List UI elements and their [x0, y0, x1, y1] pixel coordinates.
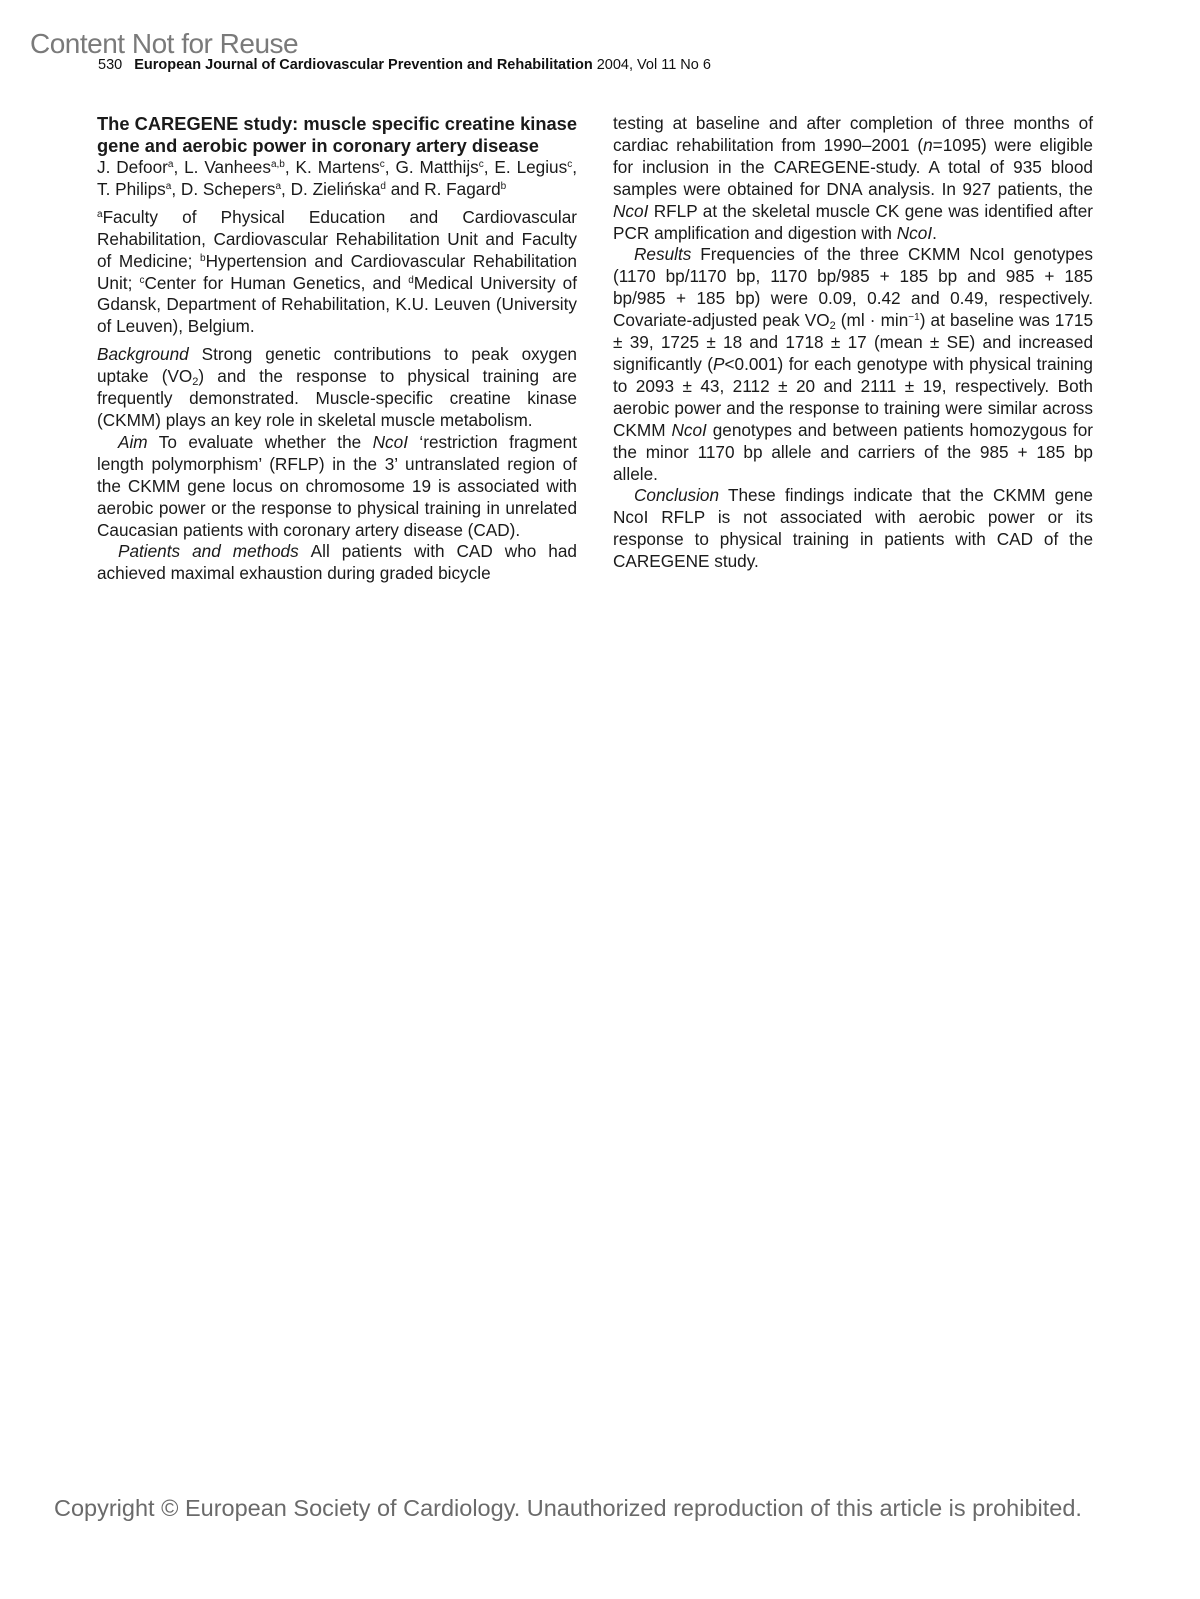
- author-affiliation-mark: a: [166, 181, 172, 192]
- gene-term: NcoI: [613, 201, 648, 221]
- abstract-conclusion: Conclusion These findings indicate that …: [613, 485, 1093, 573]
- author: G. Matthijs: [395, 157, 478, 177]
- author-affiliation-mark: c: [380, 159, 385, 170]
- gene-term: NcoI: [671, 420, 706, 440]
- author-affiliation-mark: d: [380, 181, 386, 192]
- author-affiliation-mark: a,b: [271, 159, 285, 170]
- author: J. Defoor: [97, 157, 168, 177]
- page-number: 530: [98, 57, 122, 73]
- author-affiliation-mark: c: [567, 159, 572, 170]
- running-head: 530 European Journal of Cardiovascular P…: [98, 57, 711, 73]
- author: E. Legius: [494, 157, 567, 177]
- author: L. Vanhees: [184, 157, 271, 177]
- section-label: Results: [634, 244, 691, 264]
- author-affiliation-mark: c: [479, 159, 484, 170]
- abstract-methods-part2: testing at baseline and after completion…: [613, 113, 1093, 244]
- gene-term: NcoI: [373, 432, 408, 452]
- author: K. Martens: [296, 157, 380, 177]
- abstract-text: To evaluate whether the: [148, 432, 373, 452]
- journal-issue: 2004, Vol 11 No 6: [597, 57, 711, 73]
- section-label: Aim: [118, 432, 148, 452]
- affiliations: aFaculty of Physical Education and Cardi…: [97, 207, 577, 338]
- n-symbol: n: [923, 135, 933, 155]
- affiliation: Center for Human Genetics, and: [144, 273, 408, 293]
- abstract-aim: Aim To evaluate whether the NcoI ‘restri…: [97, 432, 577, 542]
- author: D. Zielińska: [291, 179, 381, 199]
- section-label: Patients and methods: [118, 541, 299, 561]
- section-label: Background: [97, 344, 189, 364]
- gene-term: NcoI: [897, 223, 932, 243]
- abstract-text: (ml · min: [836, 310, 909, 330]
- section-label: Conclusion: [634, 485, 719, 505]
- watermark: Content Not for Reuse: [30, 30, 298, 58]
- p-symbol: P: [713, 354, 724, 374]
- author: T. Philips: [97, 179, 166, 199]
- author: D. Schepers: [181, 179, 276, 199]
- author: R. Fagard: [424, 179, 500, 199]
- article-title: The CAREGENE study: muscle specific crea…: [97, 113, 577, 157]
- copyright-footer: Copyright © European Society of Cardiolo…: [54, 1495, 1082, 1522]
- author-affiliation-mark: a: [275, 181, 281, 192]
- abstract-text: .: [932, 223, 937, 243]
- abstract-methods-part1: Patients and methods All patients with C…: [97, 541, 577, 585]
- left-column: The CAREGENE study: muscle specific crea…: [97, 113, 577, 585]
- superscript: −1: [908, 312, 919, 323]
- author-list: J. Defoora, L. Vanheesa,b, K. Martensc, …: [97, 157, 577, 201]
- abstract-results: Results Frequencies of the three CKMM Nc…: [613, 244, 1093, 485]
- author-affiliation-mark: a: [168, 159, 174, 170]
- author-affiliation-mark: b: [501, 181, 507, 192]
- authors-conjunction: and: [391, 179, 420, 199]
- abstract-text: RFLP at the skeletal muscle CK gene was …: [613, 201, 1093, 243]
- abstract-background: Background Strong genetic contributions …: [97, 344, 577, 432]
- right-column: testing at baseline and after completion…: [613, 113, 1093, 573]
- journal-name: European Journal of Cardiovascular Preve…: [134, 57, 592, 73]
